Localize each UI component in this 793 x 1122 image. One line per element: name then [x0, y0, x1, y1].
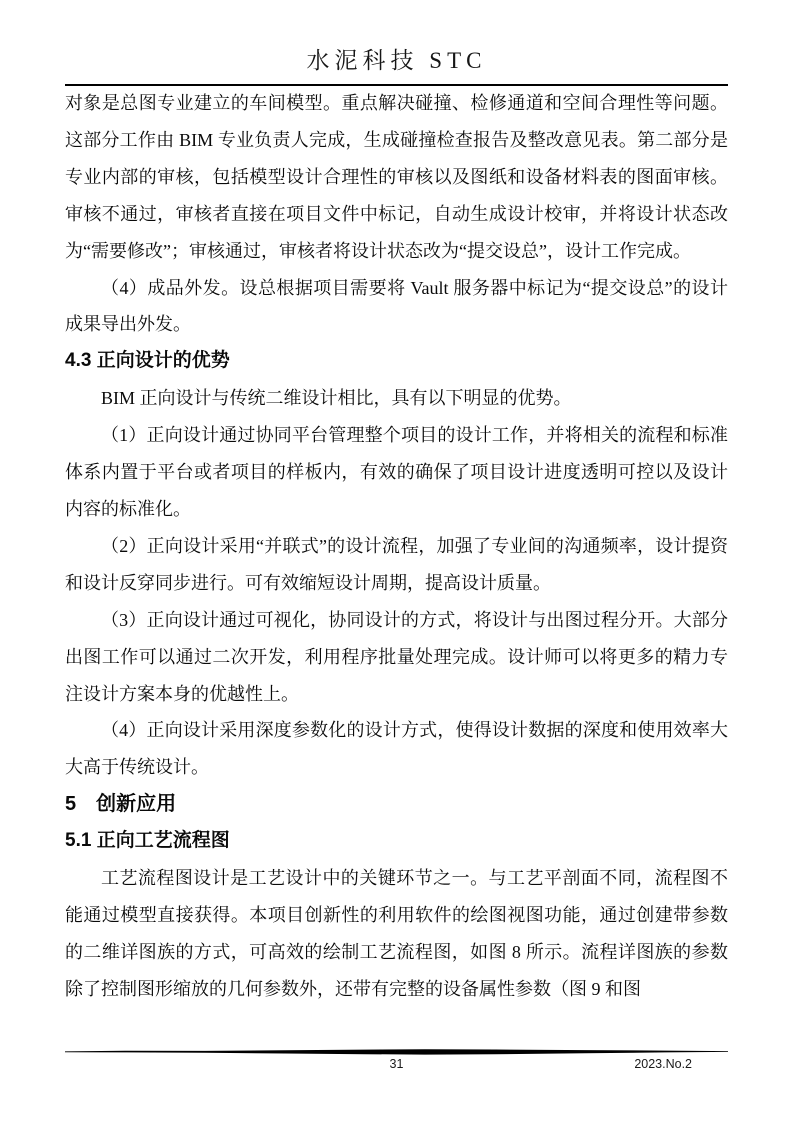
- document-body: 对象是总图专业建立的车间模型。重点解决碰撞、检修通道和空间合理性等问题。这部分工…: [65, 85, 728, 1008]
- paragraph-advantage-1: （1）正向设计通过协同平台管理整个项目的设计工作，并将相关的流程和标准体系内置于…: [65, 417, 728, 528]
- paragraph-advantage-2: （2）正向设计采用“并联式”的设计流程，加强了专业间的沟通频率，设计提资和设计反…: [65, 528, 728, 602]
- heading-5-1-process-flow: 5.1 正向工艺流程图: [65, 823, 728, 860]
- document-page: 水泥科技 STC 对象是总图专业建立的车间模型。重点解决碰撞、检修通道和空间合理…: [0, 0, 793, 1122]
- paragraph-review-process: 对象是总图专业建立的车间模型。重点解决碰撞、检修通道和空间合理性等问题。这部分工…: [65, 85, 728, 270]
- heading-5-innovation: 5 创新应用: [65, 786, 728, 823]
- issue-number: 2023.No.2: [634, 1057, 692, 1071]
- footer-rule: [65, 1048, 728, 1056]
- paragraph-advantages-intro: BIM 正向设计与传统二维设计相比，具有以下明显的优势。: [65, 380, 728, 417]
- paragraph-advantage-4: （4）正向设计采用深度参数化的设计方式，使得设计数据的深度和使用效率大大高于传统…: [65, 712, 728, 786]
- paragraph-product-delivery: （4）成品外发。设总根据项目需要将 Vault 服务器中标记为“提交设总”的设计…: [65, 270, 728, 344]
- paragraph-advantage-3: （3）正向设计通过可视化，协同设计的方式，将设计与出图过程分开。大部分出图工作可…: [65, 602, 728, 713]
- heading-4-3-advantages: 4.3 正向设计的优势: [65, 343, 728, 380]
- page-footer: 31 2023.No.2: [65, 1057, 728, 1075]
- journal-title: 水泥科技 STC: [0, 42, 793, 75]
- paragraph-process-flow-diagram: 工艺流程图设计是工艺设计中的关键环节之一。与工艺平剖面不同，流程图不能通过模型直…: [65, 860, 728, 1008]
- page-number: 31: [390, 1057, 404, 1071]
